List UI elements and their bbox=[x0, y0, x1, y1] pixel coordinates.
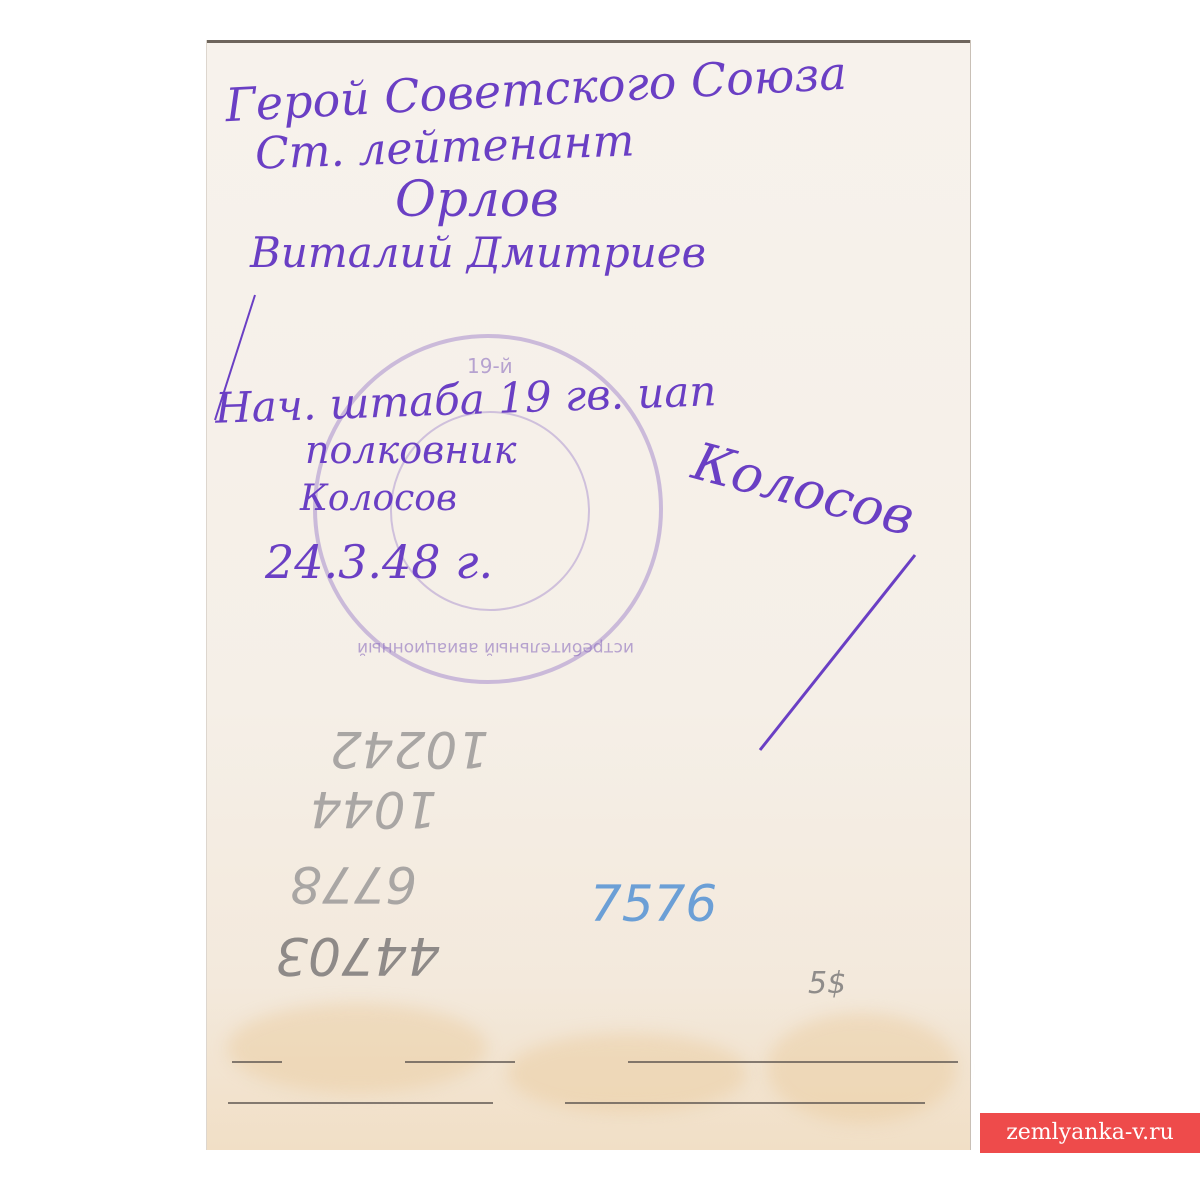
pencil-note-2: 1044 bbox=[310, 780, 437, 838]
print-line bbox=[405, 1061, 515, 1063]
pencil-note-3: 6778 bbox=[290, 855, 417, 913]
site-watermark[interactable]: zemlyanka-v.ru bbox=[980, 1113, 1200, 1153]
pencil-note-1: 10242 bbox=[330, 720, 489, 778]
print-line bbox=[232, 1061, 282, 1063]
print-line bbox=[628, 1061, 958, 1063]
blue-inventory-number: 7576 bbox=[590, 875, 717, 933]
print-line bbox=[565, 1102, 925, 1104]
print-line bbox=[228, 1102, 493, 1104]
price-note: 5$ bbox=[808, 966, 846, 1001]
pencil-note-4: 44703 bbox=[275, 925, 440, 985]
signature-stroke bbox=[0, 0, 1200, 1200]
